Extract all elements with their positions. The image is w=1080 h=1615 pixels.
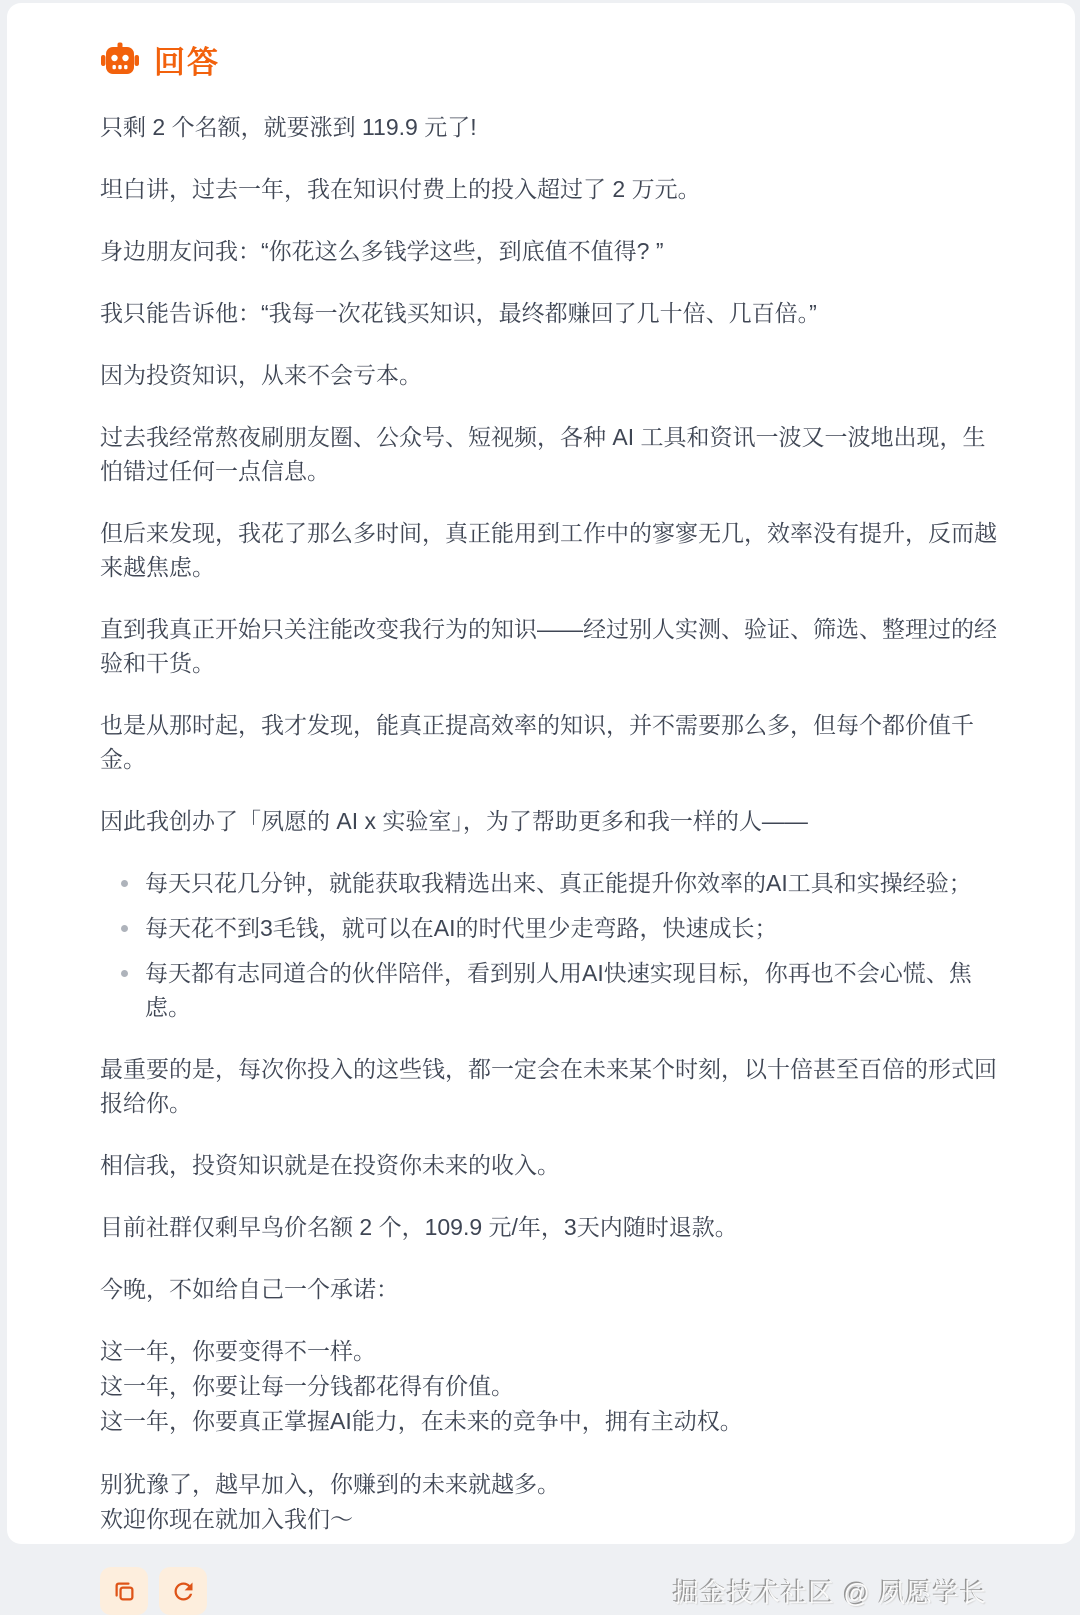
closing-line: 别犹豫了，越早加入，你赚到的未来就越多。 [100,1467,1005,1502]
promise-line: 这一年，你要真正掌握AI能力，在未来的竞争中，拥有主动权。 [100,1404,1005,1439]
answer-header: 回答 [100,37,1005,82]
answer-paragraph: 但后来发现，我花了那么多时间，真正能用到工作中的寥寥无几，效率没有提升，反而越来… [100,516,1005,584]
bullet-item: 每天都有志同道合的伙伴陪伴，看到别人用AI快速实现目标，你再也不会心慌、焦虑。 [100,956,1005,1024]
answer-paragraph: 目前社群仅剩早鸟价名额 2 个，109.9 元/年，3天内随时退款。 [100,1210,1005,1244]
closing-lines: 别犹豫了，越早加入，你赚到的未来就越多。 欢迎你现在就加入我们～ [100,1467,1005,1537]
answer-card: 回答 只剩 2 个名额，就要涨到 119.9 元了! 坦白讲，过去一年，我在知识… [7,3,1075,1544]
answer-paragraph: 因此我创办了「夙愿的 AI x 实验室」，为了帮助更多和我一样的人—— [100,804,1005,838]
benefit-list: 每天只花几分钟，就能获取我精选出来、真正能提升你效率的AI工具和实操经验； 每天… [100,866,1005,1024]
answer-paragraph: 只剩 2 个名额，就要涨到 119.9 元了! [100,110,1005,144]
answer-paragraph: 坦白讲，过去一年，我在知识付费上的投入超过了 2 万元。 [100,172,1005,206]
answer-paragraph: 今晚，不如给自己一个承诺： [100,1272,1005,1306]
answer-paragraph: 最重要的是，每次你投入的这些钱，都一定会在未来某个时刻，以十倍甚至百倍的形式回报… [100,1052,1005,1120]
answer-paragraph: 我只能告诉他：“我每一次花钱买知识，最终都赚回了几十倍、几百倍。” [100,296,1005,330]
answer-paragraph: 也是从那时起，我才发现，能真正提高效率的知识，并不需要那么多，但每个都价值千金。 [100,708,1005,776]
answer-paragraph: 相信我，投资知识就是在投资你未来的收入。 [100,1148,1005,1182]
bullet-item: 每天花不到3毛钱，就可以在AI的时代里少走弯路，快速成长； [100,911,1005,945]
promise-line: 这一年，你要变得不一样。 [100,1334,1005,1369]
answer-paragraph: 过去我经常熬夜刷朋友圈、公众号、短视频，各种 AI 工具和资讯一波又一波地出现，… [100,420,1005,488]
answer-title: 回答 [154,37,220,82]
answer-paragraph: 身边朋友问我：“你花这么多钱学这些，到底值不值得? ” [100,234,1005,268]
answer-paragraph: 直到我真正开始只关注能改变我行为的知识——经过别人实测、验证、筛选、整理过的经验… [100,612,1005,680]
bullet-item: 每天只花几分钟，就能获取我精选出来、真正能提升你效率的AI工具和实操经验； [100,866,1005,900]
closing-line: 欢迎你现在就加入我们～ [100,1502,1005,1537]
answer-paragraph: 因为投资知识，从来不会亏本。 [100,358,1005,392]
robot-icon [100,40,140,80]
answer-content: 只剩 2 个名额，就要涨到 119.9 元了! 坦白讲，过去一年，我在知识付费上… [100,110,1005,1537]
promise-line: 这一年，你要让每一分钱都花得有价值。 [100,1369,1005,1404]
promise-lines: 这一年，你要变得不一样。 这一年，你要让每一分钱都花得有价值。 这一年，你要真正… [100,1334,1005,1439]
